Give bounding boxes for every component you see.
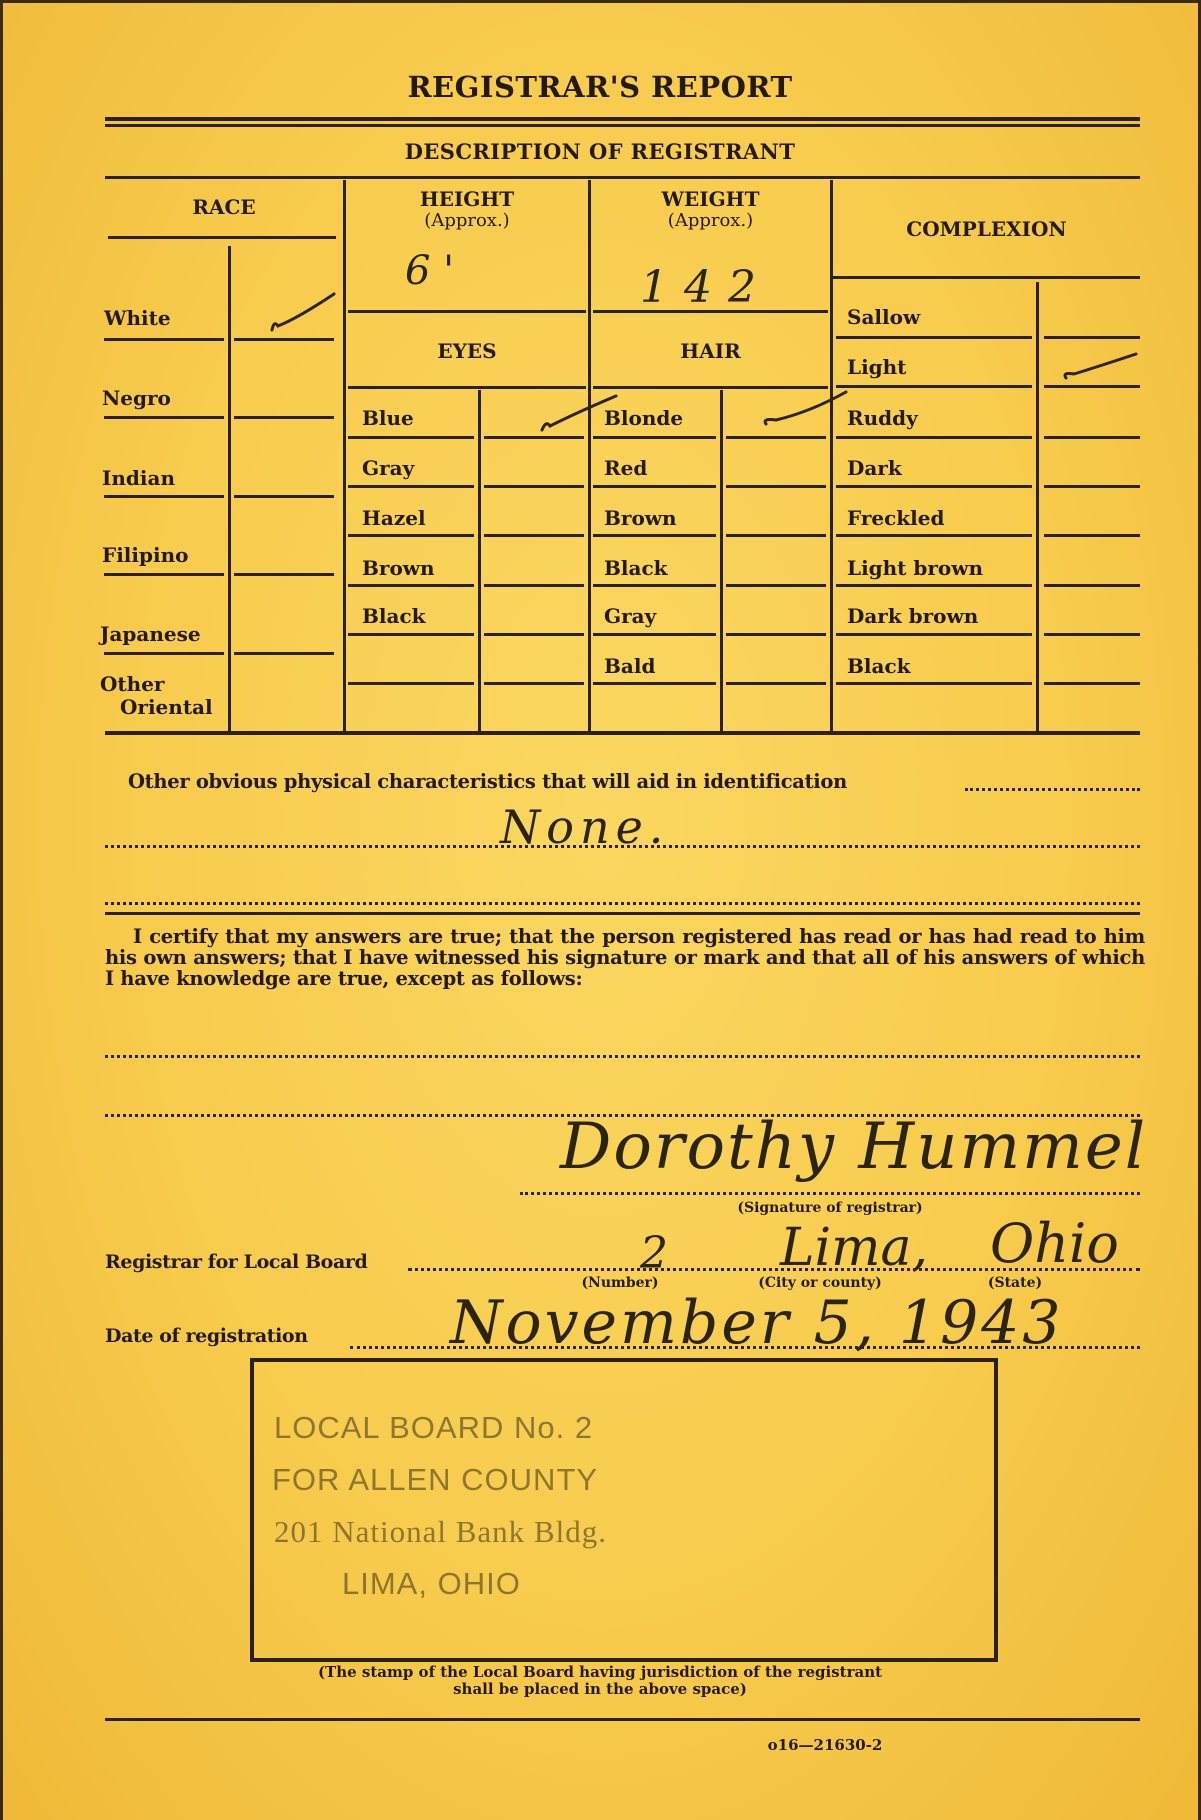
eyes-row-rule <box>484 584 584 587</box>
local-board-stamp-box: LOCAL BOARD No. 2 FOR ALLEN COUNTY 201 N… <box>250 1358 998 1662</box>
race-row-rule <box>104 652 224 655</box>
race-option-other-line1: Other <box>100 673 213 696</box>
complexion-option-light: Light <box>847 356 906 378</box>
complexion-row-rule <box>1044 485 1140 488</box>
complexion-row-rule <box>836 385 1032 388</box>
hair-row-rule <box>593 534 716 537</box>
stamp-line-4: LIMA, OHIO <box>342 1566 521 1602</box>
height-header-label: HEIGHT <box>420 187 514 211</box>
eyes-row-rule <box>484 682 584 685</box>
stamp-note-line-2: shall be placed in the above space) <box>200 1681 1000 1698</box>
hair-row-rule <box>726 485 826 488</box>
hair-row-rule <box>593 633 716 636</box>
complexion-row-rule <box>836 485 1032 488</box>
eyes-option-blue: Blue <box>362 407 414 429</box>
race-row-rule <box>234 495 334 498</box>
complexion-row-rule <box>1044 336 1140 339</box>
complexion-option-light-brown: Light brown <box>847 557 983 579</box>
footer-rule <box>105 1718 1140 1721</box>
race-row-rule <box>234 416 334 419</box>
complexion-header-rule <box>833 276 1140 279</box>
hair-blonde-checkmark-icon[interactable] <box>760 386 850 430</box>
race-option-white: White <box>104 307 171 329</box>
hair-check-divider <box>720 390 723 732</box>
characteristics-line-2 <box>105 902 1140 905</box>
complexion-light-checkmark-icon[interactable] <box>1060 348 1140 382</box>
title-double-rule-bottom <box>105 124 1140 127</box>
eyes-blue-checkmark-icon[interactable] <box>538 392 618 434</box>
eyes-check-divider <box>478 390 481 732</box>
table-bottom-rule <box>105 731 1140 735</box>
characteristics-dotted-leader <box>965 788 1140 791</box>
weight-header-sub: (Approx.) <box>591 210 830 232</box>
hair-row-rule <box>726 633 826 636</box>
eyes-row-rule <box>348 436 474 439</box>
race-row-rule <box>104 338 224 341</box>
hair-option-bald: Bald <box>604 655 655 677</box>
eyes-option-black: Black <box>362 605 426 627</box>
complexion-row-rule <box>836 633 1032 636</box>
height-value-rule <box>348 310 586 313</box>
hair-row-rule <box>593 485 716 488</box>
complexion-row-rule <box>1044 584 1140 587</box>
race-row-rule <box>104 416 224 419</box>
table-top-rule <box>105 176 1140 179</box>
race-row-rule <box>234 338 334 341</box>
registration-date-label: Date of registration <box>105 1326 308 1347</box>
weight-header: WEIGHT (Approx.) <box>591 188 830 232</box>
certification-text: I certify that my answers are true; that… <box>105 926 1145 989</box>
complexion-row-rule <box>836 682 1032 685</box>
eyes-option-hazel: Hazel <box>362 507 426 529</box>
exceptions-line-1[interactable] <box>105 1055 1140 1058</box>
race-option-filipino: Filipino <box>102 544 188 566</box>
eyes-option-brown: Brown <box>362 557 435 579</box>
scan-edge-left <box>0 0 3 1820</box>
characteristics-label: Other obvious physical characteristics t… <box>128 771 847 792</box>
title-double-rule-top <box>105 117 1140 121</box>
complexion-row-rule <box>836 534 1032 537</box>
eyes-header: EYES <box>346 340 588 362</box>
complexion-row-rule <box>1044 682 1140 685</box>
race-option-other-line2: Oriental <box>100 696 213 719</box>
eyes-row-rule <box>348 485 474 488</box>
stamp-line-1: LOCAL BOARD No. 2 <box>274 1410 593 1446</box>
signature-line <box>520 1192 1140 1195</box>
stamp-instruction-note: (The stamp of the Local Board having jur… <box>200 1664 1000 1698</box>
characteristics-bottom-rule <box>105 912 1140 915</box>
hair-header: HAIR <box>591 340 830 362</box>
weight-complexion-divider <box>830 180 833 732</box>
race-option-other-oriental: Other Oriental <box>100 673 213 719</box>
complexion-header: COMPLEXION <box>833 218 1140 240</box>
weight-value[interactable]: 142 <box>640 262 772 313</box>
hair-row-rule <box>726 534 826 537</box>
complexion-check-divider <box>1036 282 1039 732</box>
race-option-indian: Indian <box>102 467 175 489</box>
race-option-negro: Negro <box>102 387 171 409</box>
section-title: DESCRIPTION OF REGISTRANT <box>300 139 900 164</box>
weight-value-rule <box>593 310 828 313</box>
complexion-row-rule <box>1044 385 1140 388</box>
complexion-row-rule <box>836 584 1032 587</box>
stamp-note-line-1: (The stamp of the Local Board having jur… <box>200 1664 1000 1681</box>
complexion-row-rule <box>1044 436 1140 439</box>
race-check-divider <box>228 246 231 732</box>
hair-row-rule <box>593 584 716 587</box>
hair-option-black: Black <box>604 557 668 579</box>
hair-option-gray: Gray <box>604 605 656 627</box>
complexion-row-rule <box>1044 633 1140 636</box>
eyes-row-rule <box>484 633 584 636</box>
complexion-option-black: Black <box>847 655 911 677</box>
complexion-option-sallow: Sallow <box>847 306 920 328</box>
eyes-row-rule <box>484 436 584 439</box>
local-board-number[interactable]: 2 <box>640 1228 668 1279</box>
local-board-state[interactable]: Ohio <box>990 1212 1119 1275</box>
scan-edge-top <box>0 0 1201 3</box>
complexion-row-rule <box>1044 534 1140 537</box>
eyes-row-rule <box>348 682 474 685</box>
height-weight-divider <box>588 180 591 732</box>
registration-date-value[interactable]: November 5, 1943 <box>450 1288 1064 1358</box>
complexion-row-rule <box>836 436 1032 439</box>
height-header: HEIGHT (Approx.) <box>346 188 588 232</box>
eyes-header-rule <box>348 386 586 389</box>
hair-row-rule <box>593 436 716 439</box>
race-end-divider <box>343 180 346 732</box>
hair-option-red: Red <box>604 457 647 479</box>
complexion-option-dark-brown: Dark brown <box>847 605 978 627</box>
stamp-line-2: FOR ALLEN COUNTY <box>272 1462 598 1498</box>
eyes-row-rule <box>348 534 474 537</box>
height-value[interactable]: 6 ' <box>405 248 454 294</box>
local-board-city[interactable]: Lima, <box>780 1218 928 1278</box>
race-row-rule <box>234 652 334 655</box>
eyes-row-rule <box>484 534 584 537</box>
eyes-option-gray: Gray <box>362 457 414 479</box>
complexion-row-rule <box>836 336 1032 339</box>
race-row-rule <box>104 495 224 498</box>
race-option-japanese: Japanese <box>100 623 201 645</box>
race-white-checkmark-icon[interactable] <box>268 290 340 336</box>
eyes-row-rule <box>484 485 584 488</box>
race-header-rule <box>108 236 336 239</box>
race-header: RACE <box>105 196 343 218</box>
height-header-sub: (Approx.) <box>346 210 588 232</box>
hair-row-rule <box>726 682 826 685</box>
characteristics-line-1 <box>105 845 1140 848</box>
hair-row-rule <box>726 436 826 439</box>
stamp-line-3: 201 National Bank Bldg. <box>274 1514 607 1550</box>
page-title: REGISTRAR'S REPORT <box>300 70 900 104</box>
hair-option-brown: Brown <box>604 507 677 529</box>
local-board-label: Registrar for Local Board <box>105 1252 367 1273</box>
hair-row-rule <box>593 682 716 685</box>
weight-header-label: WEIGHT <box>662 187 760 211</box>
eyes-row-rule <box>348 633 474 636</box>
signature-caption: (Signature of registrar) <box>680 1200 980 1216</box>
registrar-signature[interactable]: Dorothy Hummel <box>560 1110 1147 1184</box>
complexion-option-dark: Dark <box>847 457 902 479</box>
race-row-rule <box>104 573 224 576</box>
complexion-option-freckled: Freckled <box>847 507 944 529</box>
hair-row-rule <box>726 584 826 587</box>
eyes-row-rule <box>348 584 474 587</box>
form-number: o16—21630-2 <box>700 1737 950 1754</box>
complexion-option-ruddy: Ruddy <box>847 407 918 429</box>
race-row-rule <box>234 573 334 576</box>
